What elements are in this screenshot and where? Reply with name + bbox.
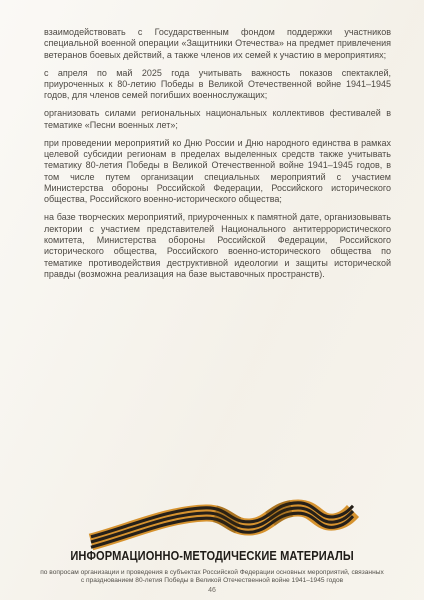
document-page: взаимодействовать с Государственным фонд…: [0, 0, 424, 600]
st-george-ribbon-icon: [84, 497, 360, 553]
paragraph: организовать силами региональных национа…: [44, 108, 391, 131]
subtitle-line-1: по вопросам организации и проведения в с…: [14, 569, 410, 577]
paragraph: с апреля по май 2025 года учитывать важн…: [44, 68, 391, 102]
paragraph: на базе творческих мероприятий, приуроче…: [44, 212, 391, 280]
document-title-text: ИНФОРМАЦИОННО-МЕТОДИЧЕСКИЕ МАТЕРИАЛЫ: [70, 549, 354, 564]
st-george-ribbon-svg: [84, 497, 360, 553]
paragraph: взаимодействовать с Государственным фонд…: [44, 27, 391, 61]
body-text: взаимодействовать с Государственным фонд…: [44, 27, 391, 287]
page-number: 46: [0, 587, 424, 594]
paragraph: при проведении мероприятий ко Дню России…: [44, 138, 391, 206]
document-title: ИНФОРМАЦИОННО-МЕТОДИЧЕСКИЕ МАТЕРИАЛЫ: [0, 549, 424, 564]
document-subtitle: по вопросам организации и проведения в с…: [14, 569, 410, 585]
subtitle-line-2: с празднованием 80-летия Победы в Велико…: [14, 577, 410, 585]
